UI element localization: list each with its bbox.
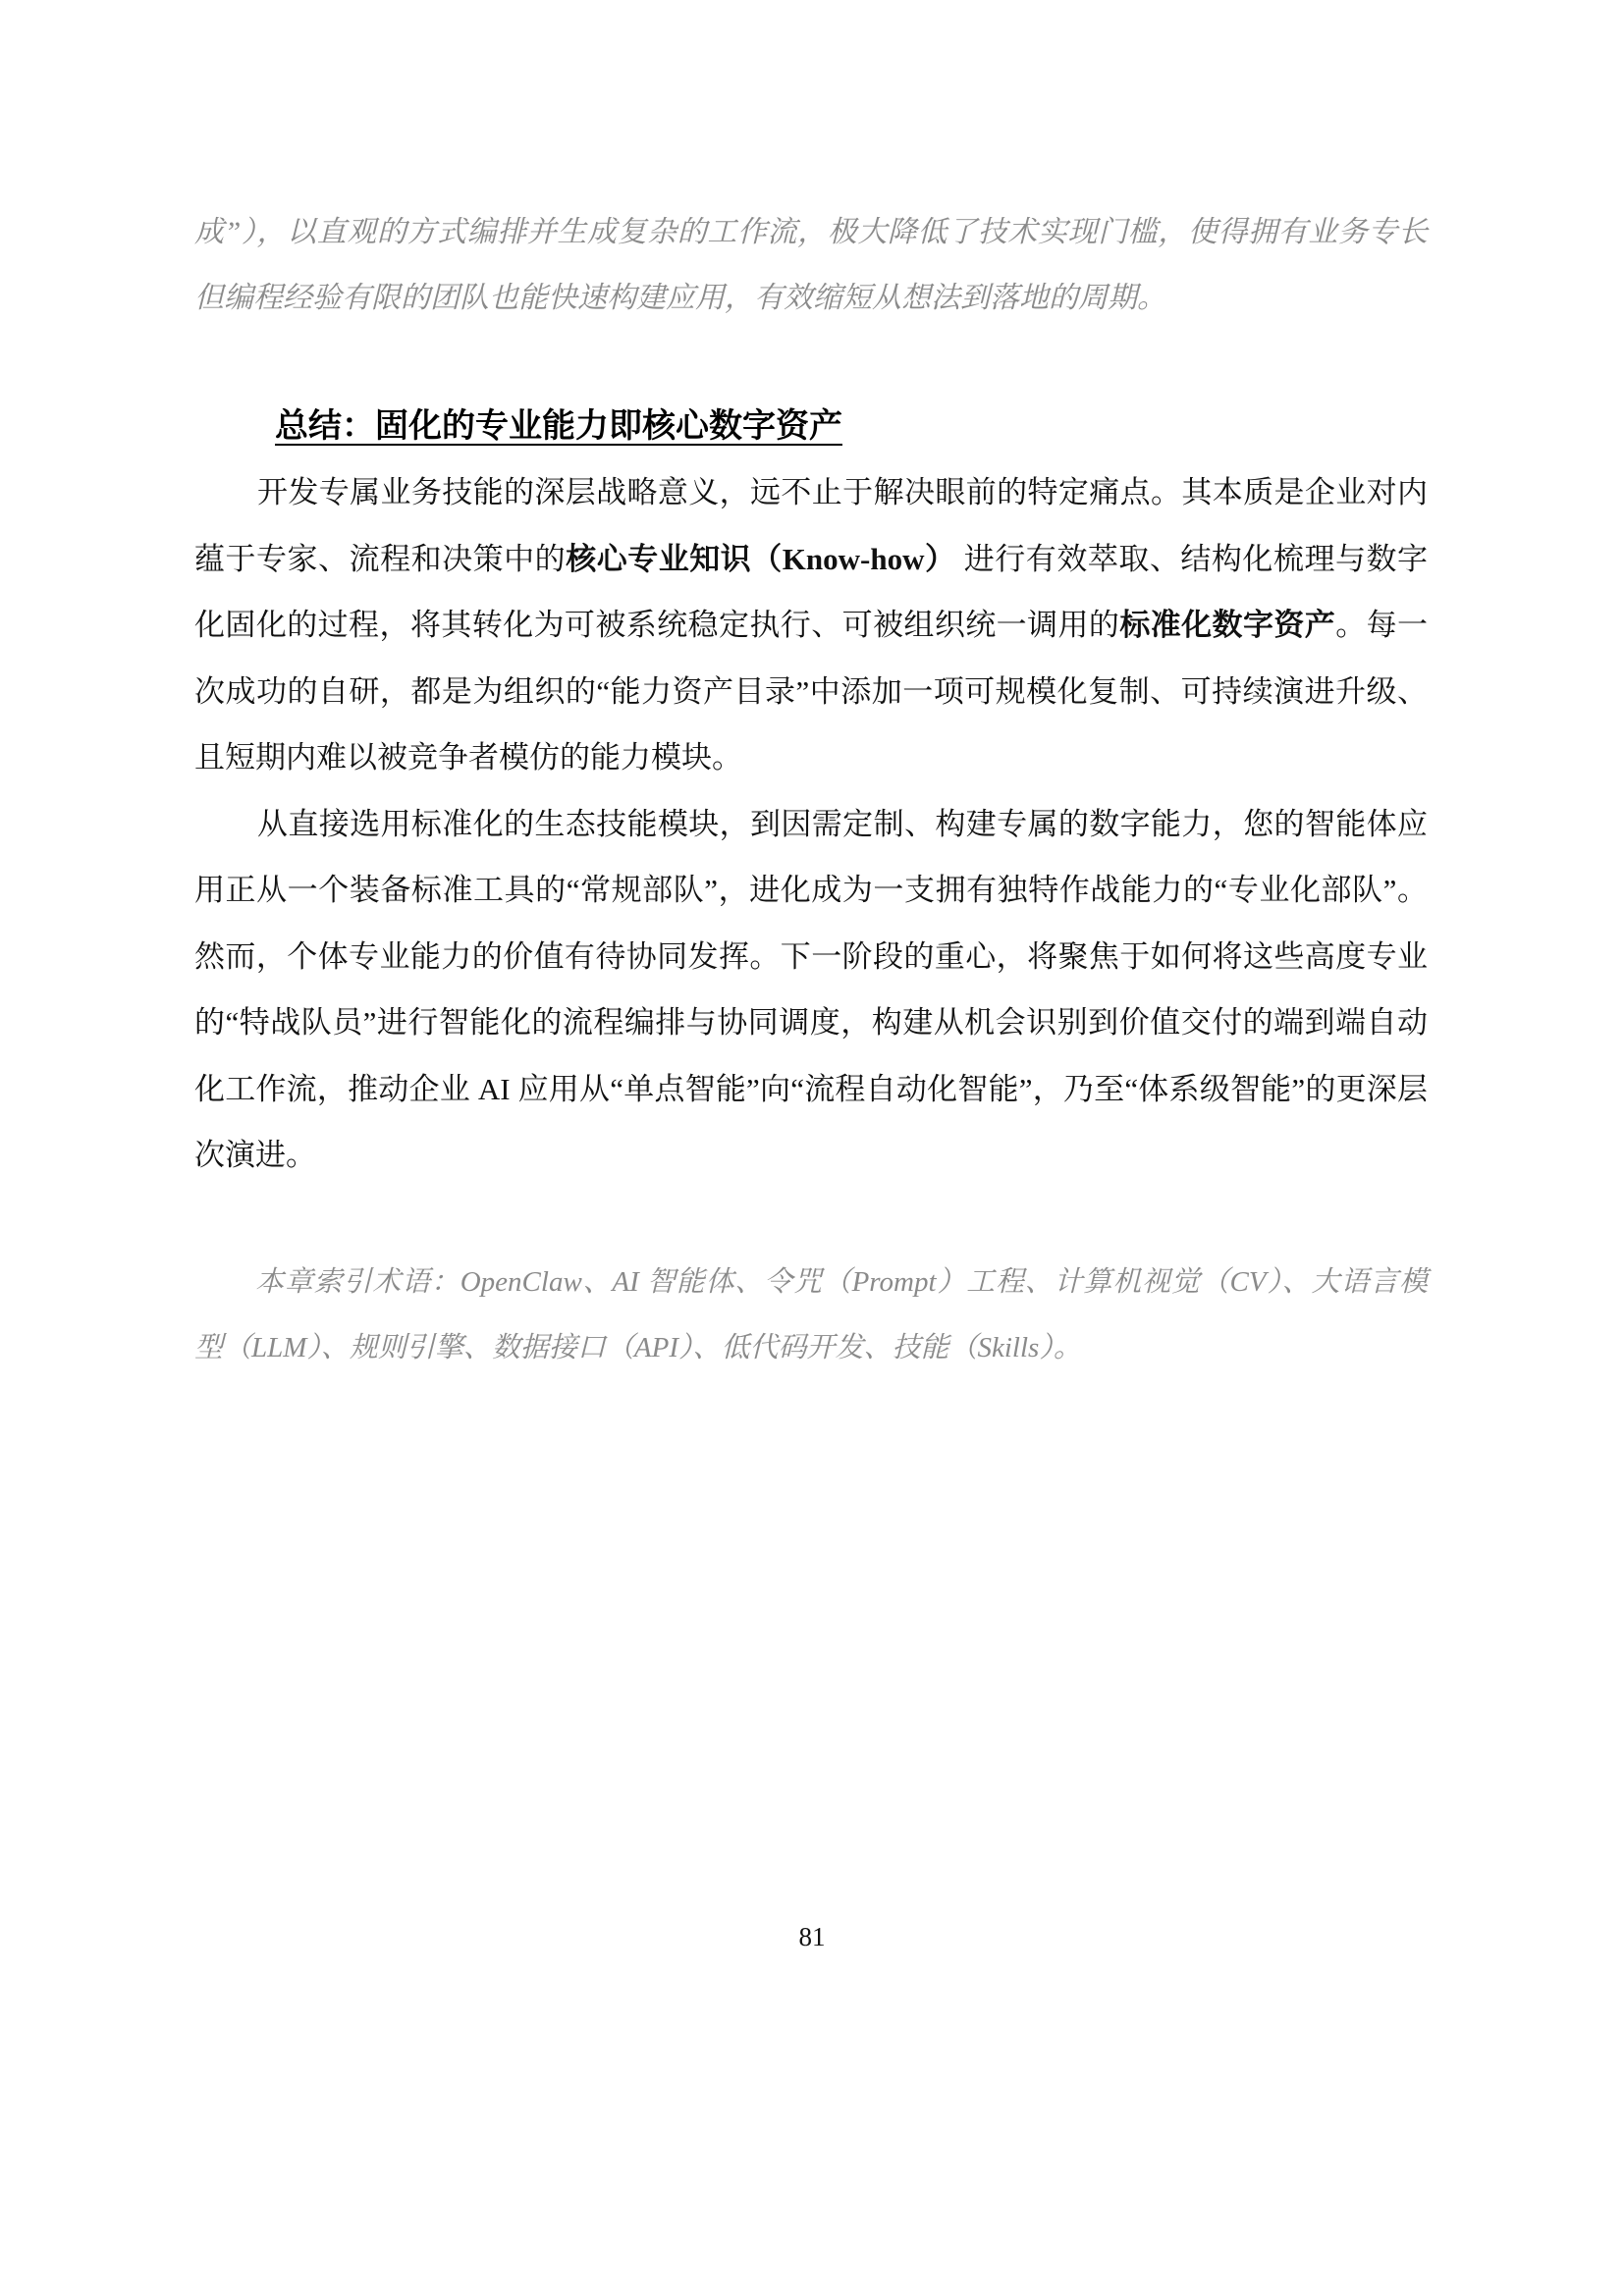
section-heading: 总结：固化的专业能力即核心数字资产 bbox=[194, 394, 1428, 459]
page-number: 81 bbox=[0, 1922, 1624, 1952]
index-terms-paragraph: 本章索引术语：OpenClaw、AI 智能体、令咒（Prompt）工程、计算机视… bbox=[194, 1250, 1428, 1381]
p1-bold-digital-asset: 标准化数字资产 bbox=[1119, 608, 1335, 642]
paragraph-know-how: 开发专属业务技能的深层战略意义，远不止于解决眼前的特定痛点。其本质是企业对内蕴于… bbox=[194, 459, 1428, 791]
p1-bold-know-how: 核心专业知识（Know-how） bbox=[566, 542, 955, 576]
section-heading-text: 总结：固化的专业能力即核心数字资产 bbox=[275, 408, 842, 445]
page-content: 成”），以直观的方式编排并生成复杂的工作流，极大降低了技术实现门槛，使得拥有业务… bbox=[194, 199, 1428, 1381]
continuation-paragraph: 成”），以直观的方式编排并生成复杂的工作流，极大降低了技术实现门槛，使得拥有业务… bbox=[194, 199, 1428, 331]
paragraph-evolution: 从直接选用标准化的生态技能模块，到因需定制、构建专属的数字能力，您的智能体应用正… bbox=[194, 791, 1428, 1189]
document-page: 成”），以直观的方式编排并生成复杂的工作流，极大降低了技术实现门槛，使得拥有业务… bbox=[0, 0, 1624, 2296]
